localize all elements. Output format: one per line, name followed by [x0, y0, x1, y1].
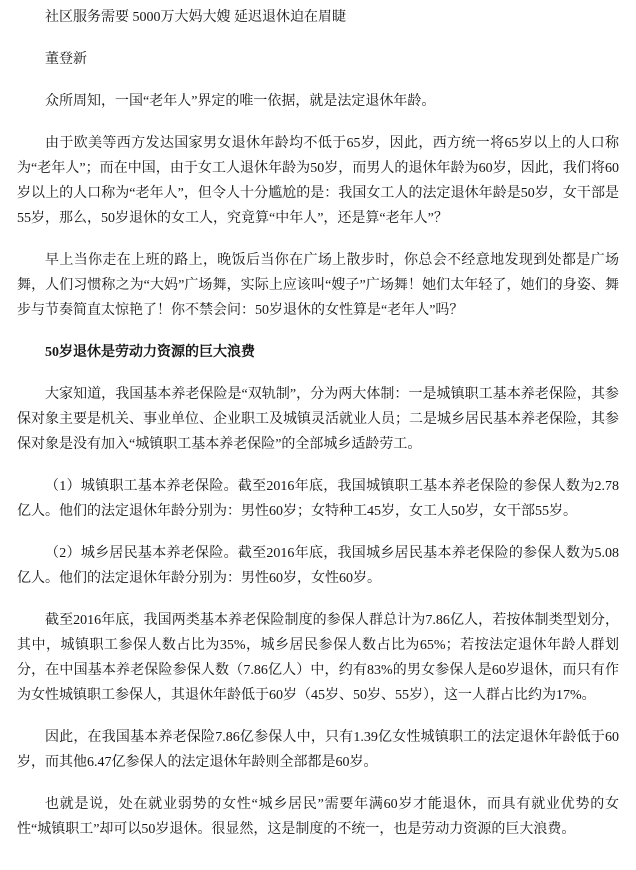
section-heading: 50岁退休是劳动力资源的巨大浪费: [17, 340, 619, 365]
body-paragraph-3: （2）城乡居民基本养老保险。截至2016年底，我国城乡居民基本养老保险的参保人数…: [17, 541, 619, 591]
body-paragraph-5: 因此，在我国基本养老保险7.86亿参保人中，只有1.39亿女性城镇职工的法定退休…: [17, 725, 619, 775]
body-paragraph-2: （1）城镇职工基本养老保险。截至2016年底，我国城镇职工基本养老保险的参保人数…: [17, 474, 619, 524]
body-paragraph-4: 截至2016年底，我国两类基本养老保险制度的参保人群总计为7.86亿人，若按体制…: [17, 608, 619, 708]
body-paragraph-6: 也就是说，处在就业弱势的女性“城乡居民”需要年满60岁才能退休，而具有就业优势的…: [17, 792, 619, 842]
intro-paragraph-1: 众所周知，一国“老年人”界定的唯一依据，就是法定退休年龄。: [17, 89, 619, 114]
intro-paragraph-2: 由于欧美等西方发达国家男女退休年龄均不低于65岁，因此，西方统一将65岁以上的人…: [17, 131, 619, 231]
document-title: 社区服务需要 5000万大妈大嫂 延迟退休迫在眉睫: [17, 5, 619, 30]
document-page: 社区服务需要 5000万大妈大嫂 延迟退休迫在眉睫 董登新 众所周知，一国“老年…: [0, 0, 636, 850]
intro-paragraph-3: 早上当你走在上班的路上，晚饭后当你在广场上散步时，你总会不经意地发现到处都是广场…: [17, 248, 619, 323]
body-paragraph-1: 大家知道，我国基本养老保险是“双轨制”，分为两大体制：一是城镇职工基本养老保险，…: [17, 382, 619, 457]
author-byline: 董登新: [17, 47, 619, 72]
